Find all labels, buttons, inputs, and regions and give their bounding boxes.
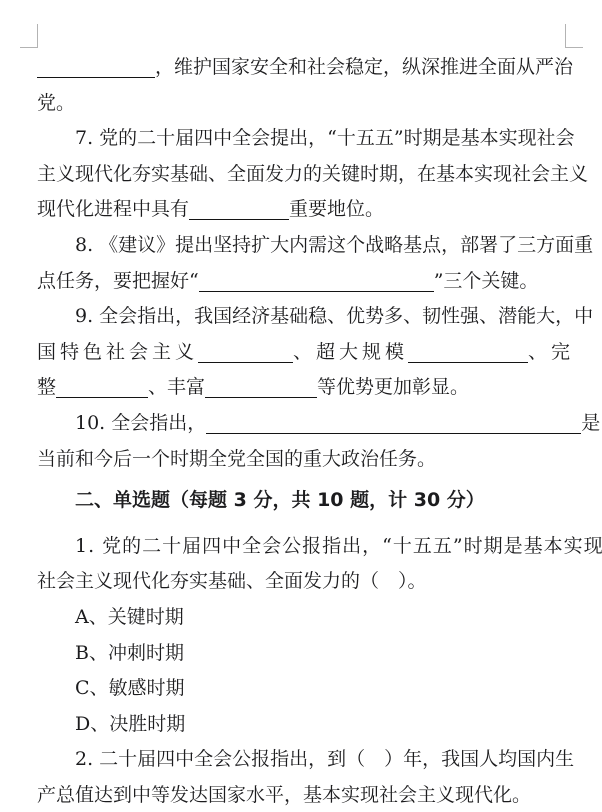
q9-line-2-answer-blank[interactable] bbox=[408, 343, 528, 363]
mc-q1-line-1-text: 1. 党的二十届四中全会公报指出，“十五五”时期是基本实现 bbox=[75, 535, 602, 557]
margin-crop-mark-top-right bbox=[565, 24, 583, 48]
text-area: ，维护国家安全和社会稳定，纵深推进全面从严治党。7. 党的二十届四中全会提出，“… bbox=[37, 50, 565, 812]
q6-continuation-line-2-text: 党。 bbox=[37, 92, 75, 114]
q6-continuation-line-1-text: ，维护国家安全和社会稳定，纵深推进全面从严治 bbox=[155, 56, 573, 78]
q9-line-3-text: 等优势更加彰显。 bbox=[317, 376, 469, 398]
q9-line-3-answer-blank[interactable] bbox=[205, 378, 317, 398]
q9-line-1-text: 9. 全会指出，我国经济基础稳、优势多、韧性强、潜能大，中 bbox=[75, 305, 593, 327]
mc-q1-line-1: 1. 党的二十届四中全会公报指出，“十五五”时期是基本实现 bbox=[37, 529, 565, 565]
q9-line-2: 国特色社会主义、超大规模、完 bbox=[37, 335, 565, 371]
q8-line-2-text: ”三个关键。 bbox=[434, 270, 539, 292]
margin-crop-mark-top-left bbox=[20, 24, 38, 48]
q9-line-3: 整、丰富等优势更加彰显。 bbox=[37, 370, 565, 406]
q7-line-3-text: 重要地位。 bbox=[289, 198, 384, 220]
q7-line-1: 7. 党的二十届四中全会提出，“十五五”时期是基本实现社会 bbox=[37, 121, 565, 157]
q8-line-1: 8. 《建议》提出坚持扩大内需这个战略基点，部署了三方面重 bbox=[37, 228, 565, 264]
q9-line-2-answer-blank[interactable] bbox=[198, 343, 293, 363]
q6-continuation-line-1-answer-blank[interactable] bbox=[37, 58, 155, 78]
section-2-heading: 二、单选题（每题 3 分，共 10 题，计 30 分） bbox=[37, 483, 565, 519]
q9-line-3-text: 、丰富 bbox=[148, 376, 205, 398]
q7-line-2: 主义现代化夯实基础、全面发力的关键时期，在基本实现社会主义 bbox=[37, 157, 565, 193]
q9-line-1: 9. 全会指出，我国经济基础稳、优势多、韧性强、潜能大，中 bbox=[37, 299, 565, 335]
document-page: ，维护国家安全和社会稳定，纵深推进全面从严治党。7. 党的二十届四中全会提出，“… bbox=[0, 0, 602, 812]
mc-q2-line-1: 2. 二十届四中全会公报指出，到（ ）年，我国人均国内生 bbox=[37, 742, 565, 778]
q8-line-1-text: 8. 《建议》提出坚持扩大内需这个战略基点，部署了三方面重 bbox=[75, 234, 593, 256]
q10-line-2-text: 当前和今后一个时期全党全国的重大政治任务。 bbox=[37, 448, 436, 470]
q10-line-2: 当前和今后一个时期全党全国的重大政治任务。 bbox=[37, 442, 565, 478]
q9-line-3-text: 整 bbox=[37, 376, 56, 398]
mc-q1-option-a-text: A、关键时期 bbox=[75, 606, 184, 628]
q9-line-2-text: 、完 bbox=[528, 341, 574, 363]
q7-line-1-text: 7. 党的二十届四中全会提出，“十五五”时期是基本实现社会 bbox=[75, 127, 575, 149]
q6-continuation-line-1: ，维护国家安全和社会稳定，纵深推进全面从严治 bbox=[37, 50, 565, 86]
mc-q1-option-a: A、关键时期 bbox=[37, 600, 565, 636]
q8-line-2-answer-blank[interactable] bbox=[199, 272, 434, 292]
q10-line-1: 10. 全会指出，是 bbox=[37, 406, 565, 442]
q6-continuation-line-2: 党。 bbox=[37, 86, 565, 122]
q9-line-2-text: 国特色社会主义 bbox=[37, 341, 198, 363]
q8-line-2: 点任务，要把握好“”三个关键。 bbox=[37, 264, 565, 300]
mc-q1-option-d-text: D、决胜时期 bbox=[75, 713, 185, 735]
q9-line-2-text: 、超大规模 bbox=[293, 341, 408, 363]
q10-line-1-text: 10. 全会指出， bbox=[75, 412, 206, 434]
mc-q1-option-c: C、敏感时期 bbox=[37, 671, 565, 707]
mc-q1-option-c-text: C、敏感时期 bbox=[75, 677, 185, 699]
q8-line-2-text: 点任务，要把握好“ bbox=[37, 270, 199, 292]
q7-line-3: 现代化进程中具有重要地位。 bbox=[37, 192, 565, 228]
mc-q1-line-2-text: 社会主义现代化夯实基础、全面发力的（ ）。 bbox=[37, 570, 427, 592]
q7-line-2-text: 主义现代化夯实基础、全面发力的关键时期，在基本实现社会主义 bbox=[37, 163, 588, 185]
mc-q1-option-b: B、冲刺时期 bbox=[37, 636, 565, 672]
q10-line-1-text: 是 bbox=[581, 412, 600, 434]
q10-line-1-answer-blank[interactable] bbox=[206, 414, 581, 434]
mc-q1-option-b-text: B、冲刺时期 bbox=[75, 642, 184, 664]
mc-q2-line-2: 产总值达到中等发达国家水平，基本实现社会主义现代化。 bbox=[37, 778, 565, 812]
q7-line-3-text: 现代化进程中具有 bbox=[37, 198, 189, 220]
mc-q1-option-d: D、决胜时期 bbox=[37, 707, 565, 743]
mc-q2-line-1-text: 2. 二十届四中全会公报指出，到（ ）年，我国人均国内生 bbox=[75, 748, 574, 770]
q9-line-3-answer-blank[interactable] bbox=[56, 378, 148, 398]
q7-line-3-answer-blank[interactable] bbox=[189, 200, 289, 220]
mc-q1-line-2: 社会主义现代化夯实基础、全面发力的（ ）。 bbox=[37, 564, 565, 600]
mc-q2-line-2-text: 产总值达到中等发达国家水平，基本实现社会主义现代化。 bbox=[37, 784, 531, 806]
section-2-heading-text: 二、单选题（每题 3 分，共 10 题，计 30 分） bbox=[75, 489, 485, 511]
